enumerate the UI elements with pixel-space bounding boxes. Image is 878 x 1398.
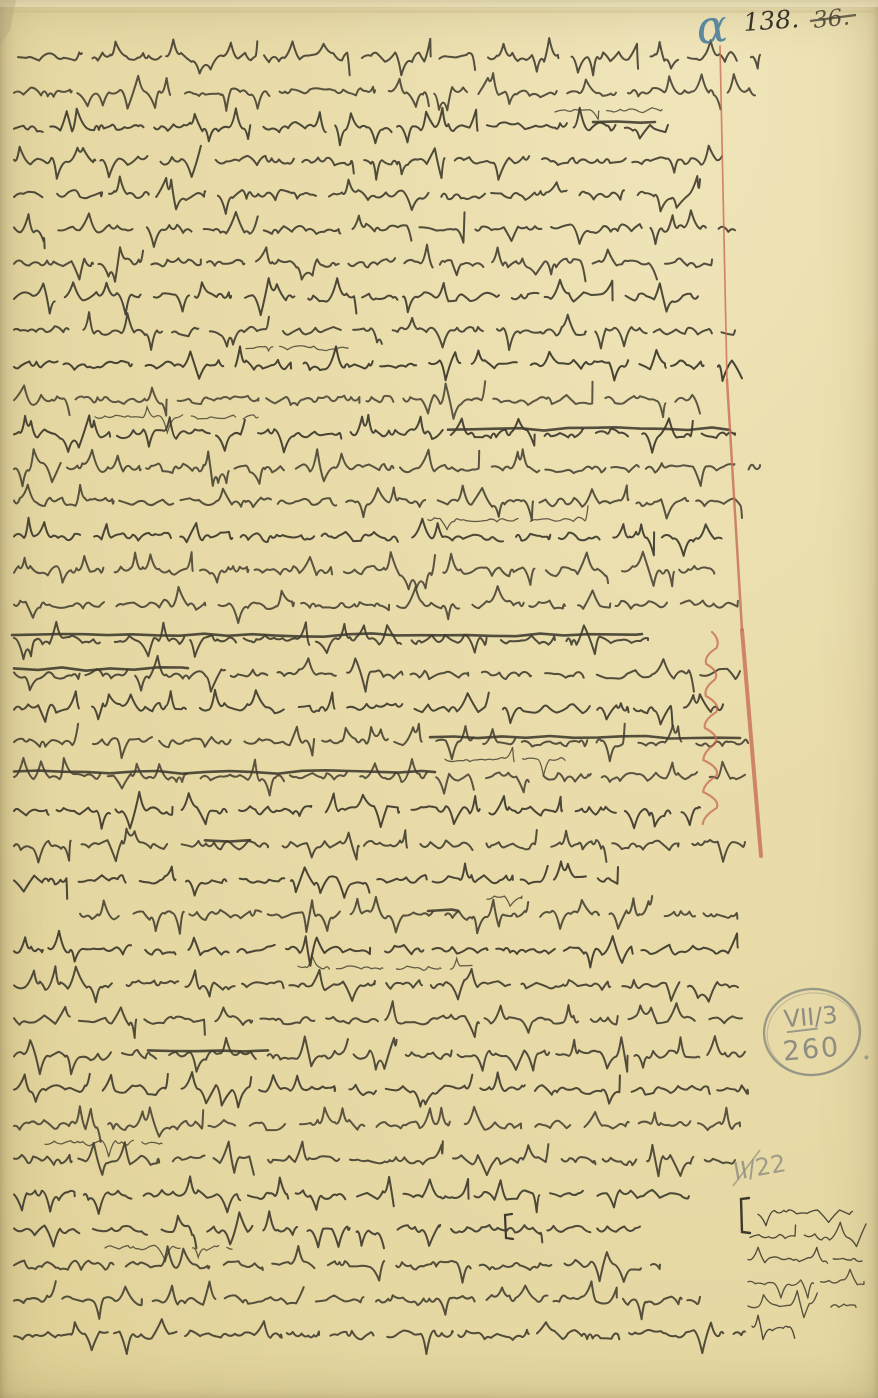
- interlinear-insertion: [445, 747, 565, 776]
- handwriting-line: [14, 312, 735, 350]
- handwriting-line: [14, 758, 745, 796]
- handwriting-line: [14, 966, 738, 1002]
- interlinear-insertion: [246, 346, 348, 351]
- interlinear-insertion: [428, 506, 588, 530]
- manuscript-scan: α 138. 36. VII/3 260 II/22: [0, 0, 878, 1398]
- handwriting-line: [18, 38, 760, 75]
- handwriting-line: [14, 245, 712, 282]
- stamp-number: 260: [782, 1032, 842, 1068]
- handwriting-line: [14, 1281, 700, 1319]
- pencil-ref: II/22: [731, 1149, 788, 1186]
- handwriting-line: [14, 622, 648, 659]
- handwriting-line: [14, 1036, 745, 1074]
- handwriting-line: [14, 690, 723, 726]
- handwriting-line: [14, 108, 668, 146]
- handwriting-line: [14, 518, 722, 556]
- handwriting-line: [14, 146, 722, 180]
- manuscript-page: α 138. 36. VII/3 260 II/22: [0, 0, 878, 1398]
- margin-note: [741, 1198, 866, 1340]
- interlinear-insertion: [95, 407, 258, 433]
- archive-stamp: VII/3 260: [760, 984, 869, 1079]
- handwriting-line: [14, 485, 742, 521]
- review-marks-layer: [703, 46, 761, 856]
- corner-artifact: [0, 0, 16, 46]
- inline-bracket: [505, 1214, 513, 1239]
- handwriting-line: [14, 381, 700, 419]
- old-page-number-group: 36.: [810, 4, 856, 34]
- paper-top-edge: [0, 0, 878, 7]
- strikethrough-mark: [205, 840, 250, 841]
- handwriting-line: [14, 861, 618, 899]
- red-review-line: [720, 46, 727, 380]
- handwriting-line: [14, 1246, 660, 1283]
- strikethrough-mark: [12, 633, 642, 636]
- handwriting-layer: [12, 38, 760, 1354]
- handwriting-line: [14, 415, 735, 453]
- handwriting-line: [14, 210, 735, 248]
- handwriting-line: [750, 1222, 866, 1246]
- margin-note-bracket: [741, 1198, 750, 1233]
- red-review-line: [742, 630, 761, 856]
- handwriting-line: [14, 1319, 745, 1354]
- handwriting-line: [14, 552, 714, 590]
- handwriting-line: [14, 1106, 740, 1142]
- handwriting-line: [14, 1176, 689, 1214]
- interlinear-insertion: [45, 1140, 162, 1157]
- interlinear-insertion: [555, 108, 662, 120]
- handwriting-line: [14, 1211, 640, 1248]
- handwriting-line: [14, 586, 738, 623]
- stamp-period: [864, 1055, 868, 1059]
- handwriting-line: [14, 1141, 735, 1176]
- strikethrough-mark: [428, 910, 458, 911]
- handwriting-line: [748, 1247, 862, 1263]
- header-annotations: α 138. 36.: [694, 0, 856, 55]
- handwriting-line: [14, 278, 698, 315]
- handwriting-line: [14, 449, 760, 486]
- handwriting-line: [14, 346, 742, 381]
- handwriting-line: [14, 1072, 748, 1107]
- handwriting-line: [14, 656, 740, 692]
- alpha-mark: α: [694, 0, 731, 55]
- strikethrough-mark: [448, 427, 730, 430]
- handwriting-line: [748, 1291, 856, 1318]
- handwriting-line: [14, 829, 745, 863]
- handwriting-line: [80, 896, 737, 934]
- handwriting-line: [14, 724, 748, 761]
- handwriting-line: [752, 1315, 795, 1339]
- pencil-ref-group: II/22: [731, 1149, 788, 1186]
- handwriting-line: [14, 1001, 742, 1038]
- handwriting-line: [14, 73, 755, 111]
- red-squiggle-mark: [703, 632, 718, 824]
- handwriting-line: [14, 176, 700, 214]
- page-number: 138.: [742, 4, 800, 37]
- interlinear-insertion: [298, 954, 472, 970]
- strikethrough-mark: [430, 736, 740, 739]
- handwriting-line: [748, 1269, 864, 1298]
- handwriting-line: [14, 792, 700, 829]
- handwriting-line: [758, 1210, 852, 1226]
- handwriting-line: [14, 931, 738, 968]
- strikethrough-mark: [593, 122, 655, 123]
- strikethrough-mark: [148, 1050, 268, 1051]
